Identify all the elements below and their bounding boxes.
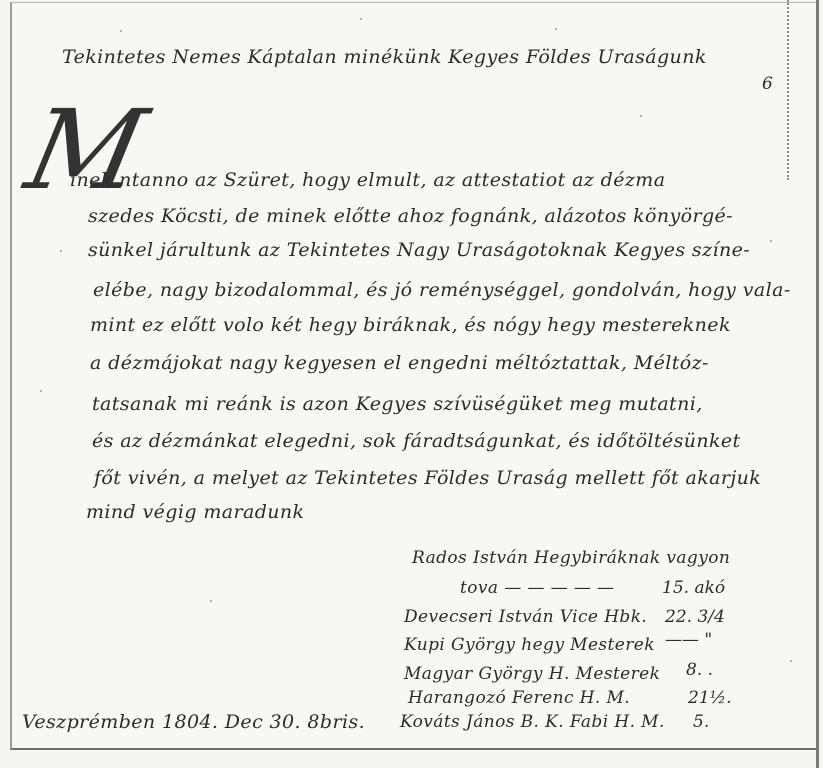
signature-amount: 21½.: [688, 688, 732, 708]
body-line: sünkel járultunk az Tekintetes Nagy Uras…: [88, 239, 750, 261]
letter-heading: Tekintetes Nemes Káptalan minékünk Kegye…: [62, 46, 707, 68]
body-line: főt vivén, a melyet az Tekintetes Földes…: [94, 467, 761, 489]
body-line: tatsanak mi reánk is azon Kegyes szívüsé…: [92, 393, 703, 415]
signature-name: Devecseri István Vice Hbk.: [404, 607, 647, 627]
body-line: mint ez előtt volo két hegy biráknak, és…: [90, 314, 731, 336]
margin-dotted-line: [787, 0, 789, 180]
signature-amount: 5.: [693, 712, 709, 732]
paper-speck: [770, 240, 772, 242]
paper-speck: [555, 28, 557, 30]
signature-name: Kupi György hegy Mesterek: [404, 635, 655, 655]
body-line: mind végig maradunk: [86, 501, 304, 523]
place-and-date: Veszprémben 1804. Dec 30. 8bris.: [22, 711, 365, 733]
signature-amount: 22. 3/4: [665, 607, 725, 627]
signature-amount: 15. akó: [662, 578, 725, 598]
body-line: inek ntanno az Szüret, hogy elmult, az a…: [70, 169, 665, 191]
body-line: elébe, nagy bizodalommal, és jó reménysé…: [93, 279, 791, 301]
body-line: a dézmájokat nagy kegyesen el engedni mé…: [90, 352, 709, 374]
signature-amount: 8. .: [686, 660, 713, 680]
signature-name: Rados István Hegybiráknak vagyon: [412, 548, 730, 568]
paper-speck: [40, 390, 42, 392]
page-number: 6: [762, 74, 773, 94]
paper-speck: [120, 30, 122, 32]
paper-speck: [790, 660, 792, 662]
body-line: szedes Köcsti, de minek előtte ahoz fogn…: [88, 205, 733, 227]
paper-speck: [360, 18, 362, 20]
paper-speck: [60, 250, 62, 252]
body-line: és az dézmánkat elegedni, sok fáradtságu…: [92, 430, 741, 452]
signature-name: Magyar György H. Mesterek: [404, 664, 660, 684]
signature-continuation: tova — — — — —: [460, 578, 614, 598]
page-edge-right: [816, 0, 819, 768]
signature-name: Kováts János B. K. Fabi H. M.: [400, 712, 665, 732]
paper-speck: [640, 115, 642, 117]
paper-speck: [210, 600, 212, 602]
signature-name: Harangozó Ferenc H. M.: [408, 688, 630, 708]
signature-amount: —— ": [665, 630, 712, 650]
